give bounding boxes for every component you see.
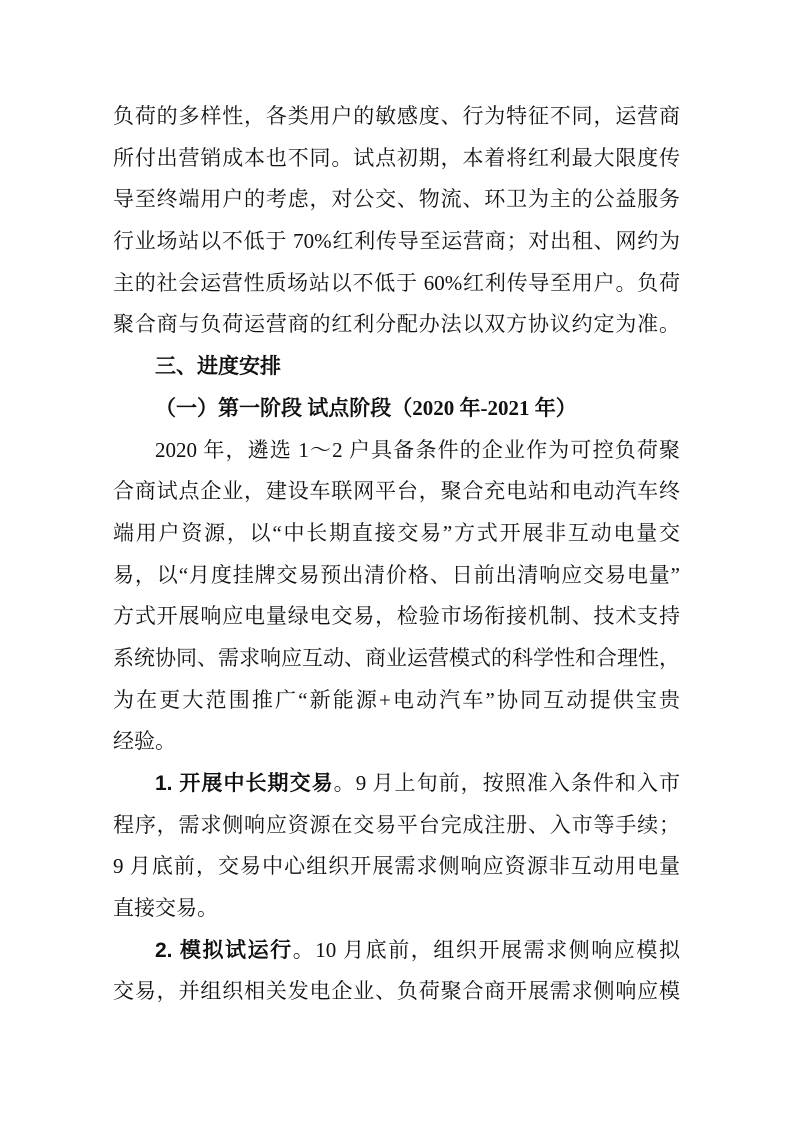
- text-line: 易，以“月度挂牌交易预出清价格、日前出清响应交易电量”: [113, 555, 680, 597]
- text-line: 导至终端用户的考虑，对公交、物流、环卫为主的公益服务: [113, 179, 680, 221]
- item-text-start: 。10 月底前，组织开展需求侧响应模拟: [293, 938, 680, 962]
- text-line: 行业场站以不低于 70%红利传导至运营商；对出租、网约为: [113, 221, 680, 263]
- text-line: 程序，需求侧响应资源在交易平台完成注册、入市等手续；: [113, 805, 680, 847]
- text-line: 2020 年，遴选 1～2 户具备条件的企业作为可控负荷聚: [113, 430, 680, 472]
- text-line: 合商试点企业，建设车联网平台，聚合充电站和电动汽车终: [113, 471, 680, 513]
- text-line: 所付出营销成本也不同。试点初期，本着将红利最大限度传: [113, 138, 680, 180]
- numbered-item-2: 2. 模拟试运行。10 月底前，组织开展需求侧响应模拟 交易，并组织相关发电企业…: [113, 930, 680, 1013]
- text-line: 负荷的多样性，各类用户的敏感度、行为特征不同，运营商: [113, 96, 680, 138]
- numbered-item-first-line: 1. 开展中长期交易。9 月上旬前，按照准入条件和入市: [113, 763, 680, 805]
- document-page: 负荷的多样性，各类用户的敏感度、行为特征不同，运营商 所付出营销成本也不同。试点…: [0, 0, 793, 1122]
- text-line: 方式开展响应电量绿电交易，检验市场衔接机制、技术支持: [113, 596, 680, 638]
- item-number-title: 2. 模拟试运行: [155, 939, 293, 962]
- subsection-heading: （一）第一阶段 试点阶段（2020 年-2021 年）: [113, 388, 680, 430]
- text-line: 为在更大范围推广“新能源+电动汽车”协同互动提供宝贵: [113, 680, 680, 722]
- text-line: 经验。: [113, 721, 680, 763]
- paragraph-stage1: 2020 年，遴选 1～2 户具备条件的企业作为可控负荷聚 合商试点企业，建设车…: [113, 430, 680, 764]
- text-line: 系统协同、需求响应互动、商业运营模式的科学性和合理性，: [113, 638, 680, 680]
- text-line: 主的社会运营性质场站以不低于 60%红利传导至用户。负荷: [113, 263, 680, 305]
- item-number-title: 1. 开展中长期交易: [155, 772, 334, 795]
- text-line: 直接交易。: [113, 888, 680, 930]
- numbered-item-1: 1. 开展中长期交易。9 月上旬前，按照准入条件和入市 程序，需求侧响应资源在交…: [113, 763, 680, 930]
- numbered-item-first-line: 2. 模拟试运行。10 月底前，组织开展需求侧响应模拟: [113, 930, 680, 972]
- text-line: 交易，并组织相关发电企业、负荷聚合商开展需求侧响应模: [113, 971, 680, 1013]
- text-line: 9 月底前，交易中心组织开展需求侧响应资源非互动用电量: [113, 846, 680, 888]
- section-heading: 三、进度安排: [113, 346, 680, 388]
- item-text-start: 。9 月上旬前，按照准入条件和入市: [334, 771, 680, 795]
- text-line: 聚合商与负荷运营商的红利分配办法以双方协议约定为准。: [113, 304, 680, 346]
- text-line: 端用户资源，以“中长期直接交易”方式开展非互动电量交: [113, 513, 680, 555]
- paragraph-continued: 负荷的多样性，各类用户的敏感度、行为特征不同，运营商 所付出营销成本也不同。试点…: [113, 96, 680, 346]
- document-body: 负荷的多样性，各类用户的敏感度、行为特征不同，运营商 所付出营销成本也不同。试点…: [113, 96, 680, 1013]
